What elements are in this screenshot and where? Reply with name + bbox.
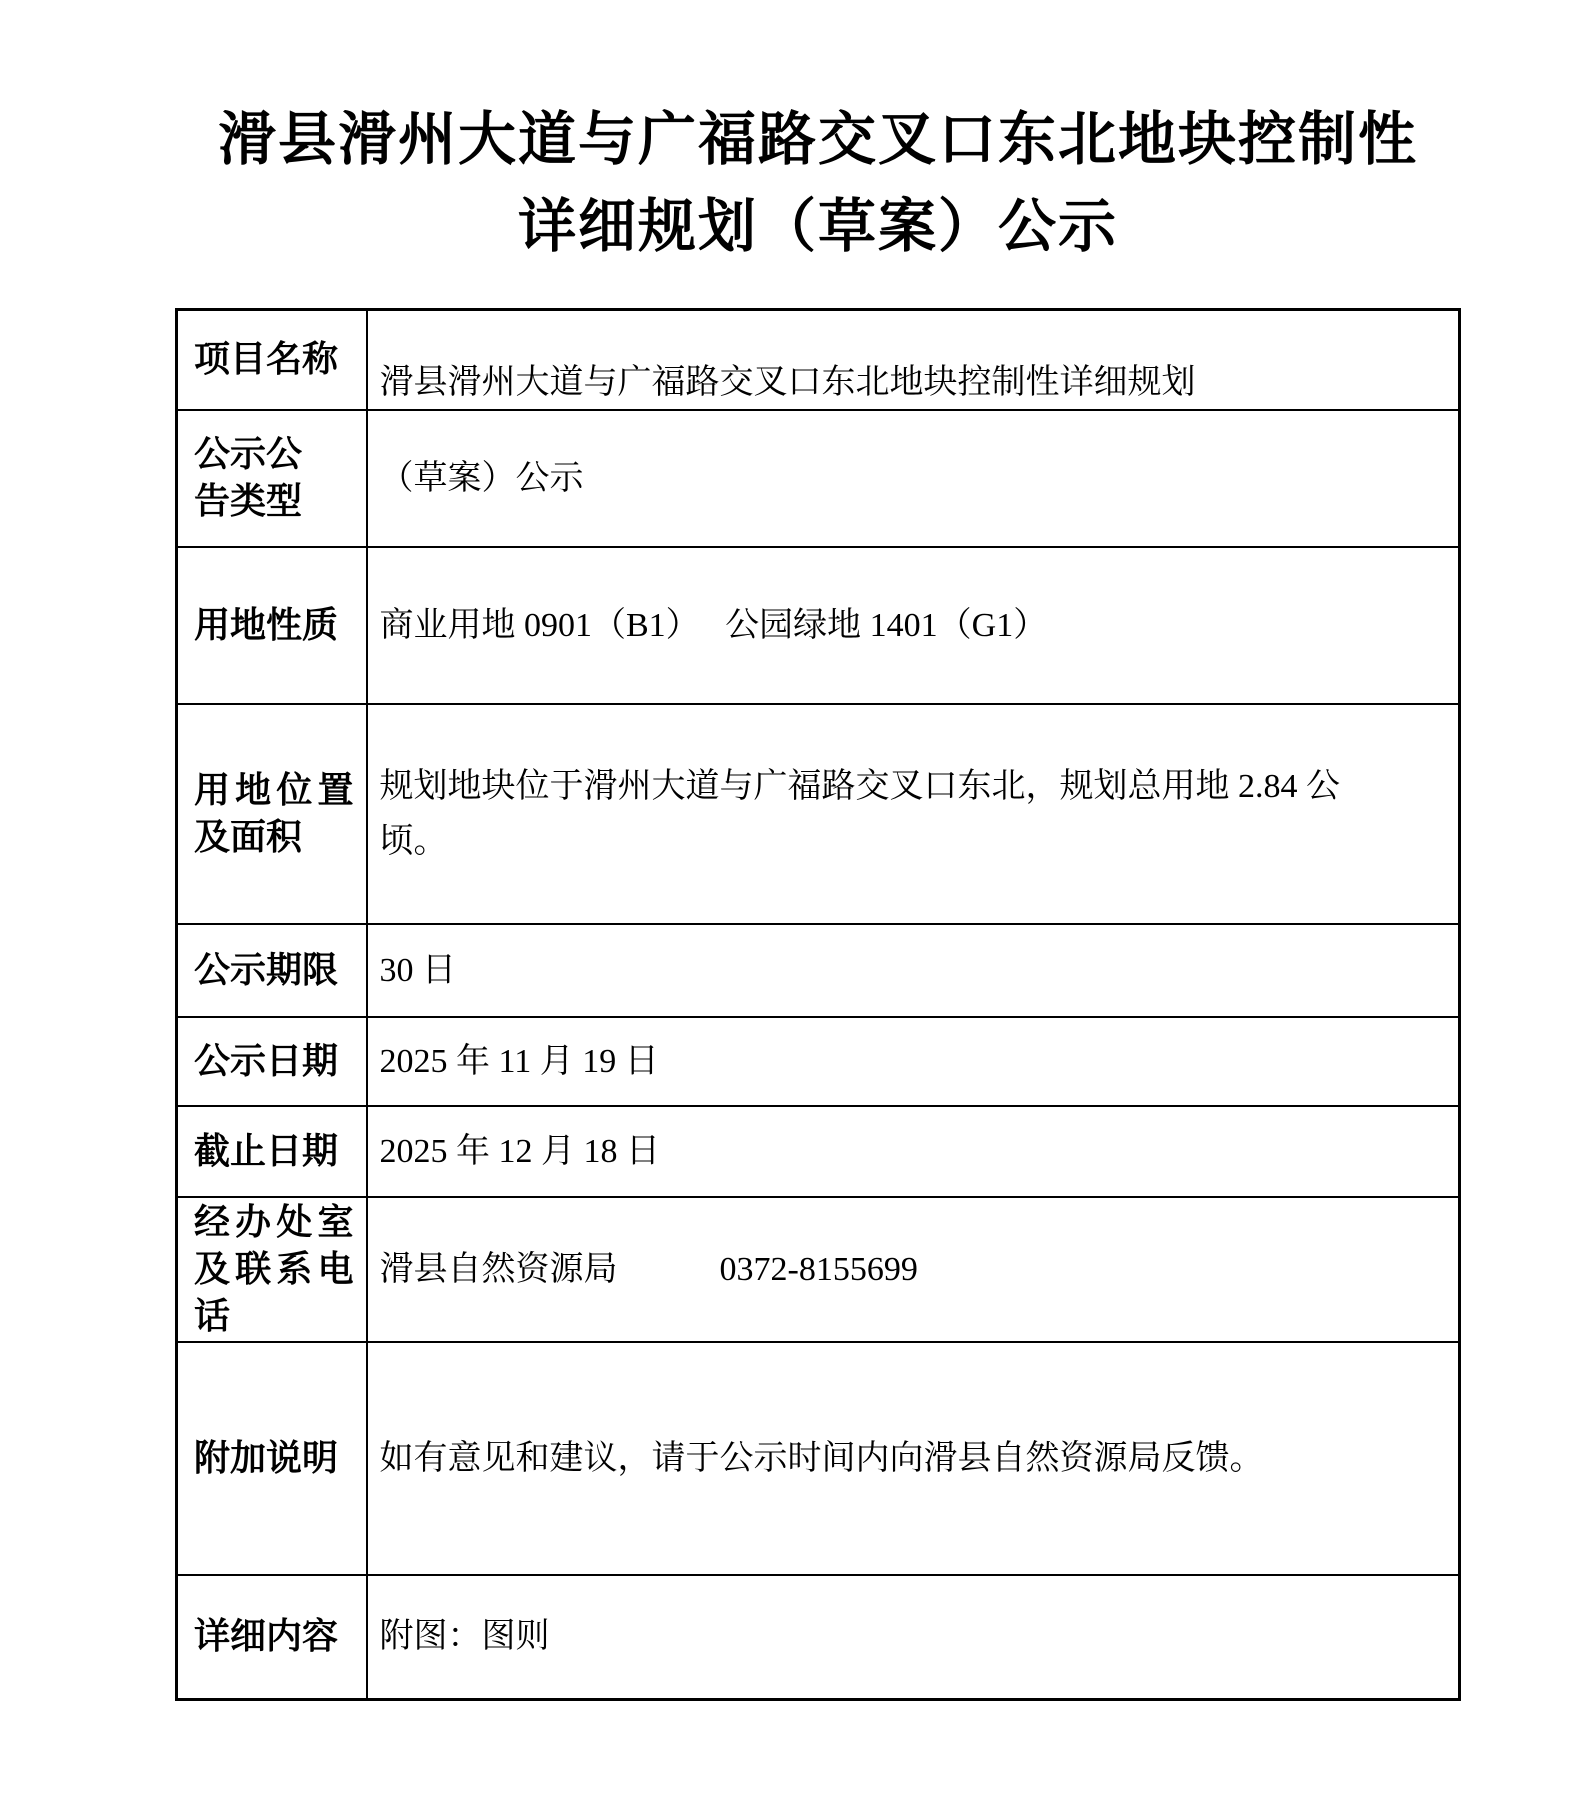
row-value-location-area: 规划地块位于滑州大道与广福路交叉口东北，规划总用地 2.84 公 顷。 xyxy=(367,704,1460,924)
row-value-additional-notes: 如有意见和建议，请于公示时间内向滑县自然资源局反馈。 xyxy=(367,1342,1460,1575)
page-title: 滑县滑州大道与广福路交叉口东北地块控制性详细规划（草案）公示 xyxy=(175,0,1461,270)
table-row-detailed-content: 详细内容 附图：图则 xyxy=(177,1575,1460,1700)
notice-page: 滑县滑州大道与广福路交叉口东北地块控制性详细规划（草案）公示 项目名称 滑县滑州… xyxy=(0,0,1587,1817)
table-row-location-area: 用地位置及面积 规划地块位于滑州大道与广福路交叉口东北，规划总用地 2.84 公… xyxy=(177,704,1460,924)
table-row-office-contact: 经办处室及联系电话 滑县自然资源局 0372-8155699 xyxy=(177,1197,1460,1342)
row-value-notice-type: （草案）公示 xyxy=(367,410,1460,547)
row-label-detailed-content: 详细内容 xyxy=(177,1575,367,1700)
row-value-deadline-date: 2025 年 12 月 18 日 xyxy=(367,1106,1460,1197)
row-label-location-area: 用地位置及面积 xyxy=(177,704,367,924)
notice-table: 项目名称 滑县滑州大道与广福路交叉口东北地块控制性详细规划 公示公 告类型 （草… xyxy=(175,308,1461,1701)
row-value-notice-period: 30 日 xyxy=(367,924,1460,1017)
row-value-notice-date: 2025 年 11 月 19 日 xyxy=(367,1017,1460,1106)
table-row-notice-period: 公示期限 30 日 xyxy=(177,924,1460,1017)
row-label-notice-date: 公示日期 xyxy=(177,1017,367,1106)
table-row-additional-notes: 附加说明 如有意见和建议，请于公示时间内向滑县自然资源局反馈。 xyxy=(177,1342,1460,1575)
row-label-notice-period: 公示期限 xyxy=(177,924,367,1017)
row-label-additional-notes: 附加说明 xyxy=(177,1342,367,1575)
table-row-project-name: 项目名称 滑县滑州大道与广福路交叉口东北地块控制性详细规划 xyxy=(177,310,1460,410)
row-value-land-use-nature: 商业用地 0901（B1） 公园绿地 1401（G1） xyxy=(367,547,1460,704)
row-label-office-contact: 经办处室及联系电话 xyxy=(177,1197,367,1342)
row-label-notice-type: 公示公 告类型 xyxy=(177,410,367,547)
table-row-land-use-nature: 用地性质 商业用地 0901（B1） 公园绿地 1401（G1） xyxy=(177,547,1460,704)
row-value-detailed-content: 附图：图则 xyxy=(367,1575,1460,1700)
page-title-line-2: 详细规划（草案）公示 xyxy=(518,194,1118,259)
row-label-project-name: 项目名称 xyxy=(177,310,367,410)
row-label-land-use-nature: 用地性质 xyxy=(177,547,367,704)
row-label-deadline-date: 截止日期 xyxy=(177,1106,367,1197)
row-value-project-name: 滑县滑州大道与广福路交叉口东北地块控制性详细规划 xyxy=(367,310,1460,410)
table-row-notice-type: 公示公 告类型 （草案）公示 xyxy=(177,410,1460,547)
table-row-deadline-date: 截止日期 2025 年 12 月 18 日 xyxy=(177,1106,1460,1197)
page-title-line-1: 滑县滑州大道与广福路交叉口东北地块控制性 xyxy=(218,107,1418,172)
table-row-notice-date: 公示日期 2025 年 11 月 19 日 xyxy=(177,1017,1460,1106)
row-value-office-contact: 滑县自然资源局 0372-8155699 xyxy=(367,1197,1460,1342)
